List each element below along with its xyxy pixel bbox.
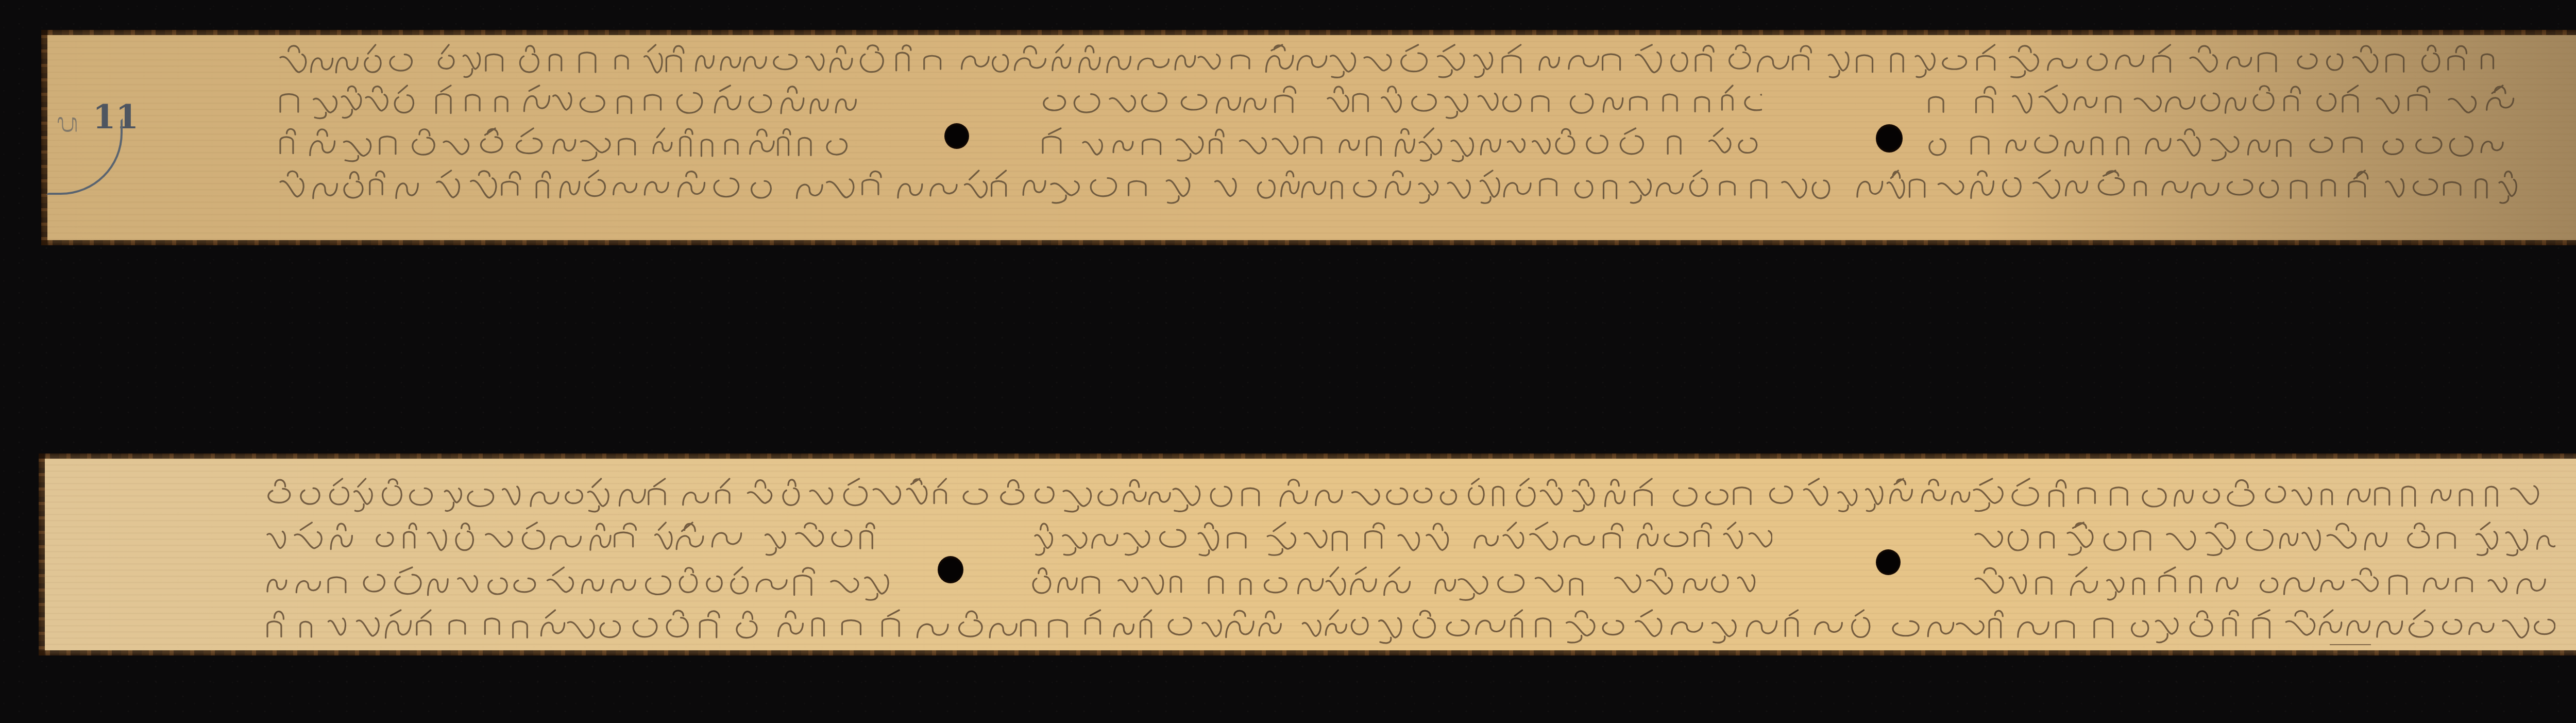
- binding-hole: [938, 556, 963, 583]
- leaf-edge-top: [41, 30, 2576, 35]
- script-line-2: [278, 83, 863, 120]
- script-line-1: [278, 43, 2524, 79]
- leaf-edge-bot: [41, 240, 2576, 245]
- folio-arc-mark: [46, 119, 123, 195]
- script-line-1: [265, 477, 2555, 513]
- leaf-edge-top: [39, 453, 2576, 459]
- script-line-3: [278, 126, 863, 162]
- end-of-text-mark: [2330, 644, 2371, 645]
- script-line-2: [265, 520, 886, 557]
- leaf-edge-left: [39, 453, 45, 655]
- leaf-top: ᬧ11: [41, 30, 2576, 245]
- binding-hole: [944, 123, 969, 149]
- script-line-4: [265, 608, 2555, 644]
- script-line-3: [1030, 565, 1772, 601]
- leaf-bottom: [39, 453, 2576, 655]
- script-line-2: [1033, 520, 1772, 557]
- binding-hole: [1876, 124, 1903, 153]
- script-line-3: [1041, 126, 1762, 162]
- leaf-edge-bot: [39, 650, 2576, 655]
- script-line-4: [278, 169, 2519, 205]
- script-line-3: [265, 565, 891, 601]
- script-line-2: [1041, 83, 1762, 120]
- binding-hole: [1876, 549, 1901, 575]
- script-line-2: [1927, 83, 2519, 120]
- script-line-2: [1973, 520, 2555, 557]
- script-line-3: [1973, 565, 2555, 601]
- script-line-3: [1927, 126, 2519, 162]
